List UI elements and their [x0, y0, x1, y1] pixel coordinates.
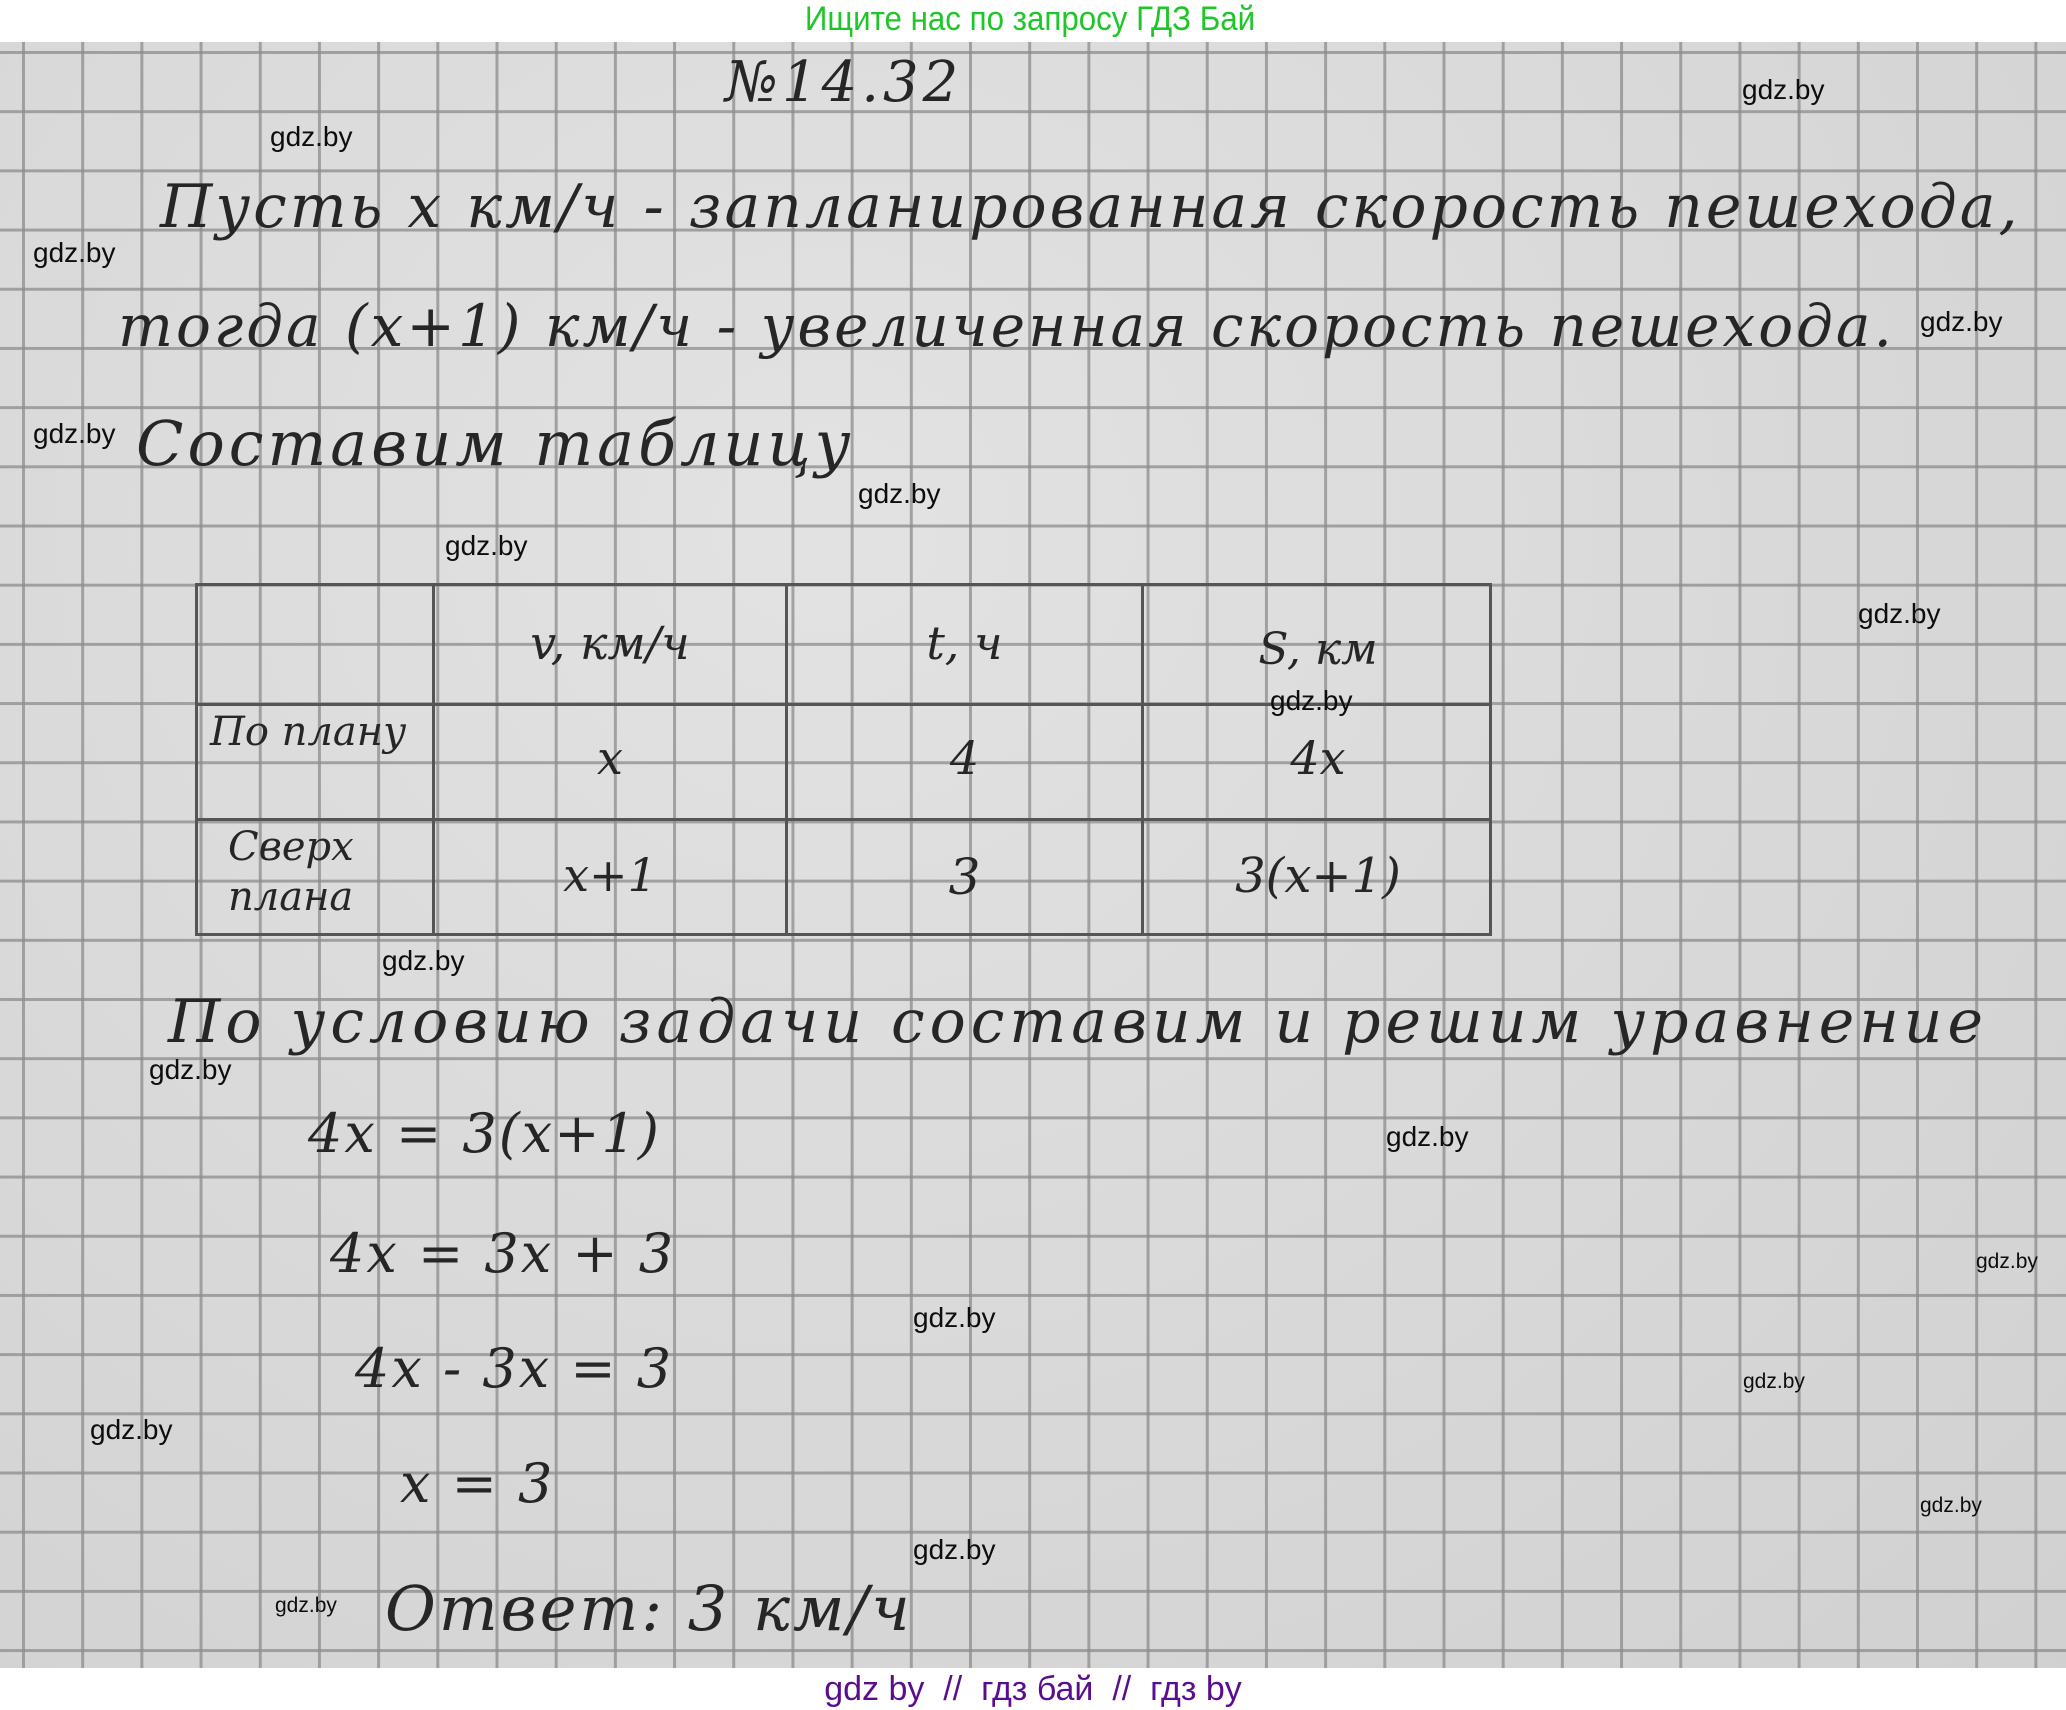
equation-4: x = 3: [400, 1452, 554, 1515]
watermark: gdz.by: [1920, 1494, 1982, 1518]
bottom-banner: gdz by // гдз бай // гдз by: [0, 1668, 2066, 1710]
top-banner-text: Ищите нас по запросу ГДЗ Бай: [708, 0, 1352, 38]
watermark: gdz.by: [90, 1415, 173, 1445]
table-header-time: t, ч: [788, 616, 1141, 670]
watermark: gdz.by: [149, 1055, 232, 1085]
watermark: gdz.by: [858, 479, 941, 509]
watermark: gdz.by: [275, 1594, 337, 1618]
equation-2: 4x = 3x + 3: [330, 1222, 675, 1285]
watermark: gdz.by: [270, 122, 353, 152]
table-cell-t: 3: [788, 848, 1141, 906]
solution-line-1: Пусть x км/ч - запланированная скорость …: [160, 172, 2021, 242]
table-row-label: По плану: [202, 708, 436, 756]
watermark: gdz.by: [913, 1535, 996, 1565]
watermark: gdz.by: [382, 946, 465, 976]
watermark: gdz.by: [445, 531, 528, 561]
watermark: gdz.by: [1858, 599, 1941, 629]
table-cell-s: 4x: [1144, 731, 1492, 785]
table-row-label: Сверх плана: [202, 822, 454, 922]
bottom-banner-text: gdz by // гдз бай // гдз by: [0, 1670, 2066, 1708]
condition-line: По условию задачи составим и решим уравн…: [168, 987, 1988, 1057]
table-cell-t: 4: [788, 731, 1141, 785]
watermark: gdz.by: [1743, 1370, 1805, 1394]
watermark: gdz.by: [1386, 1122, 1469, 1152]
watermark: gdz.by: [913, 1303, 996, 1333]
solution-line-2: тогда (x+1) км/ч - увеличенная скорость …: [118, 292, 1895, 360]
table-cell-s: 3(x+1): [1144, 848, 1492, 904]
watermark: gdz.by: [33, 238, 116, 268]
answer-line: Ответ: 3 км/ч: [385, 1572, 913, 1645]
watermark: gdz.by: [1976, 1250, 2038, 1274]
equation-3: 4x - 3x = 3: [355, 1337, 673, 1400]
solution-line-3: Составим таблицу: [136, 407, 855, 480]
data-table: v, км/ч t, ч S, км По плану x 4 4x Сверх…: [195, 583, 1492, 936]
problem-number: №14.32: [725, 50, 962, 115]
table-cell-v: x+1: [435, 848, 785, 902]
watermark: gdz.by: [1270, 686, 1353, 716]
table-header-velocity: v, км/ч: [435, 616, 785, 670]
watermark: gdz.by: [33, 419, 116, 449]
equation-1: 4x = 3(x+1): [308, 1102, 661, 1165]
table-cell-v: x: [435, 731, 785, 785]
table-header-distance: S, км: [1144, 624, 1492, 675]
top-banner: Ищите нас по запросу ГДЗ Бай: [0, 0, 2066, 42]
watermark: gdz.by: [1742, 75, 1825, 105]
notebook-page: №14.32 Пусть x км/ч - запланированная ск…: [0, 42, 2066, 1668]
watermark: gdz.by: [1920, 307, 2003, 337]
